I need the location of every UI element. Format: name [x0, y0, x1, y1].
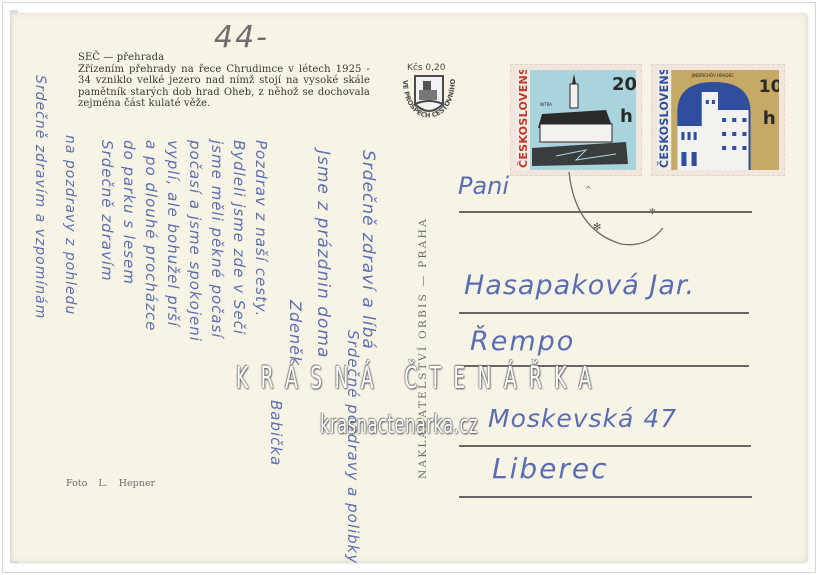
side-message-line: jsme měli pěkné počasí [208, 140, 226, 339]
side-message-line: a po dlouhé procházce [142, 140, 160, 331]
watermark-url: krasnactenarka.cz [320, 410, 478, 440]
svg-text:^: ^ [585, 185, 592, 194]
svg-text:20: 20 [612, 74, 636, 95]
side-message-line: vyplí, ale bohužel prší [164, 140, 182, 327]
svg-text:✻: ✻ [593, 222, 601, 233]
left-margin-note: na pozdravy z pohledu [62, 135, 78, 315]
message-signature: Zdeněk [286, 300, 305, 366]
address-line-2: Řempo [470, 326, 575, 357]
address-city: Liberec [492, 452, 609, 485]
watermark-title: KRÁSNÁ ČTENÁŘKA [236, 361, 604, 396]
svg-text:Kčs 0,20: Kčs 0,20 [407, 62, 446, 73]
svg-text:h: h [763, 108, 776, 129]
svg-text:h: h [620, 106, 633, 127]
address-rule [459, 312, 749, 314]
svg-text:JINDŘICHŮV HRADEC: JINDŘICHŮV HRADEC [691, 73, 735, 78]
address-rule [459, 445, 751, 447]
tourism-fee-stamp-icon: Kčs 0,20 VE PROSPĚCH CESTOVNÍHO RUCHU [393, 60, 465, 138]
address-street: Moskevská 47 [488, 404, 677, 433]
postage-stamp-20h: ČESKOSLOVENSKO 20 h NITRA [510, 64, 642, 176]
side-message-line: Pozdrav z naší cesty. [252, 140, 270, 317]
svg-text:ČESKOSLOVENSKO: ČESKOSLOVENSKO [658, 70, 671, 168]
caption-text: Zřízením přehrady na řece Chrudimce v lé… [78, 64, 370, 110]
left-margin-note: Srdečně zdravím a vzpomínám [32, 75, 48, 319]
photo-credit-label: Foto [66, 478, 87, 489]
photo-credit: Foto L. Hepner [66, 478, 163, 489]
caption-title: SEČ — přehrada [78, 52, 370, 64]
nitra-castle-stamp-icon: ČESKOSLOVENSKO 20 h NITRA [516, 70, 636, 170]
handwritten-number: 44- [214, 20, 269, 55]
address-rule [459, 496, 752, 498]
printed-caption: SEČ — přehrada Zřízením přehrady na řece… [78, 52, 370, 110]
postmark-cancellation-icon: ✻ ✻ ^ [563, 170, 673, 250]
address-recipient: Hasapaková Jar. [464, 270, 695, 301]
side-message-line: Bydleli jsme zde v Seči [230, 140, 248, 335]
address-rule [459, 211, 752, 213]
message-column: Srdečně zdraví a líbá [358, 150, 378, 350]
side-message-line: do parku s lesem [120, 140, 138, 285]
photo-credit-name: Hepner [119, 478, 155, 489]
side-message-line: počasí a jsme spokojeni [186, 140, 204, 342]
fee-stamp: Kčs 0,20 VE PROSPĚCH CESTOVNÍHO RUCHU [393, 60, 465, 138]
message-column: Jsme z prázdnin doma [313, 150, 333, 358]
side-message-line: Srdečně zdravím [98, 140, 116, 282]
publisher-imprint: NAKLADATELSTVÍ ORBIS — PRAHA [412, 198, 434, 498]
postage-stamp-10h: ČESKOSLOVENSKO JINDŘICHŮV HRADEC 10 h [651, 64, 785, 176]
svg-text:NITRA: NITRA [540, 102, 552, 107]
photo-credit-initial: L. [98, 478, 107, 489]
message-signature: Babička [267, 400, 285, 466]
svg-text:ČESKOSLOVENSKO: ČESKOSLOVENSKO [517, 70, 530, 168]
jindrichuv-hradec-stamp-icon: ČESKOSLOVENSKO JINDŘICHŮV HRADEC 10 h [657, 70, 779, 170]
svg-text:10: 10 [759, 77, 779, 97]
address-salutation: Pani [458, 172, 509, 200]
